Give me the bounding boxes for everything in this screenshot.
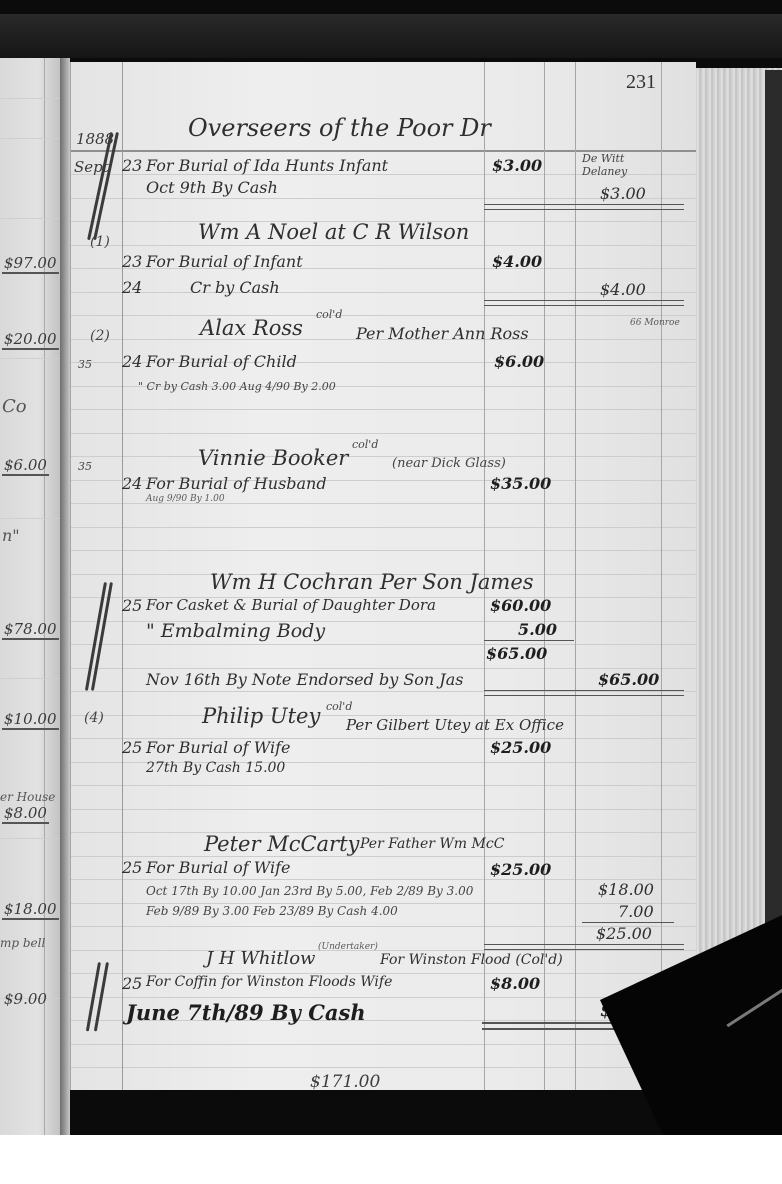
left-page-line: [0, 358, 64, 359]
entry-name: Peter McCarty: [204, 832, 359, 856]
entry-payment: June 7th/89 By Cash: [126, 1000, 366, 1025]
entry-agent: For Winston Flood (Col'd): [380, 952, 563, 968]
left-amount: $97.00: [2, 254, 59, 274]
ruled-line: [70, 1067, 696, 1068]
book-gutter: [60, 58, 70, 1135]
left-note: Co: [2, 396, 27, 417]
ruled-line: [70, 433, 696, 434]
entry-description: For Burial of Ida Hunts Infant: [146, 156, 388, 175]
entry-credit: $3.00: [600, 184, 646, 203]
entry-agent: (near Dick Glass): [392, 456, 506, 471]
left-page-line: [0, 678, 64, 679]
entry-margin: (4): [84, 710, 104, 726]
charge-cents-rule: [544, 62, 545, 1090]
page-heading: Overseers of the Poor Dr: [188, 114, 491, 142]
entry-credit-note: De Witt Delaney: [582, 152, 672, 178]
credit-column-rule: [575, 62, 576, 1090]
entry-charge: $6.00: [494, 352, 544, 371]
ruled-line: [70, 456, 696, 457]
entry-day: 24: [122, 278, 142, 297]
date-column-rule: [70, 62, 71, 1090]
entry-name: Wm A Noel at C R Wilson: [198, 220, 469, 244]
left-page: $97.00 $20.00 Co $6.00 n" $78.00 $10.00 …: [0, 58, 64, 1135]
day-column-rule: [122, 62, 123, 1090]
left-amount: $18.00: [2, 900, 59, 920]
ruled-line: [70, 950, 696, 951]
entry-payment: Nov 16th By Note Endorsed by Son Jas: [146, 670, 463, 689]
credit-cents-rule: [661, 62, 662, 1090]
entry-day: 24: [122, 352, 142, 371]
entry-payment: Feb 9/89 By 3.00 Feb 23/89 By Cash 4.00: [146, 904, 398, 918]
ruled-line: [70, 809, 696, 810]
entry-total-rule: [484, 944, 684, 950]
entry-agent: Per Gilbert Utey at Ex Office: [346, 716, 564, 734]
entry-charge: $60.00: [490, 596, 551, 615]
ruled-line: [70, 785, 696, 786]
ruled-line: [70, 550, 696, 551]
entry-name: Alax Ross: [200, 316, 303, 340]
entry-description: For Burial of Husband: [146, 474, 327, 493]
entry-payment: Oct 17th By 10.00 Jan 23rd By 5.00, Feb …: [146, 884, 473, 898]
entry-credit: $18.00: [598, 880, 654, 899]
entry-name-note: col'd: [316, 308, 342, 321]
entry-description: For Coffin for Winston Floods Wife: [146, 974, 392, 990]
ruled-line: [70, 856, 696, 857]
entry-margin-amount: 35: [78, 358, 92, 371]
entry-charge: $8.00: [490, 974, 540, 993]
entry-total-rule: [484, 300, 684, 306]
ruled-line: [70, 527, 696, 528]
entry-description: For Burial of Infant: [146, 252, 303, 271]
entry-name-note: (Undertaker): [318, 942, 378, 952]
left-page-line: [0, 98, 64, 99]
entry-payment: 27th By Cash 15.00: [146, 760, 285, 776]
ruled-line: [70, 644, 696, 645]
entry-payment: Aug 9/90 By 1.00: [146, 494, 225, 504]
entry-total-rule: [484, 204, 684, 210]
subtotal-rule: [484, 640, 574, 641]
entry-description: For Burial of Child: [146, 352, 297, 371]
entry-name: Philip Utey: [202, 704, 320, 728]
left-amount: $78.00: [2, 620, 59, 640]
ledger-page: 231 Overseers of the Poor Dr 1888 Sept 2…: [70, 62, 696, 1090]
entry-charge: $25.00: [490, 860, 551, 879]
entry-agent-note: 66 Monroe: [630, 318, 680, 328]
entry-bracket-mark: [87, 132, 113, 240]
ruled-line: [70, 668, 696, 669]
ruled-line: [70, 832, 696, 833]
entry-charge: $3.00: [492, 156, 542, 175]
left-amount: $10.00: [2, 710, 59, 730]
left-note: er House: [0, 790, 55, 804]
left-page-line: [0, 838, 64, 839]
ruled-line: [70, 1044, 696, 1045]
entry-charge: $4.00: [492, 252, 542, 271]
entry-day: 25: [122, 738, 142, 757]
left-page-column-rule: [44, 58, 45, 1135]
entry-day: 25: [122, 596, 142, 615]
entry-charge: $25.00: [490, 738, 551, 757]
entry-total-rule: [484, 690, 684, 696]
entry-description: For Burial of Wife: [146, 858, 290, 877]
entry-day: 24: [122, 474, 142, 493]
entry-description: " Embalming Body: [146, 620, 325, 642]
left-page-line: [0, 138, 64, 139]
entry-payment: Oct 9th By Cash: [146, 178, 278, 197]
entry-credit-total: $25.00: [596, 924, 652, 943]
ruled-line: [70, 245, 696, 246]
entry-name: Wm H Cochran Per Son James: [210, 570, 534, 594]
entry-name-note: col'd: [326, 700, 352, 713]
page-number: 231: [626, 71, 656, 94]
entry-day: 25: [122, 858, 142, 877]
entry-day: 23: [122, 252, 142, 271]
entry-credit: $4.00: [600, 280, 646, 299]
entry-description: For Casket & Burial of Daughter Dora: [146, 596, 436, 614]
entry-charge: $35.00: [490, 474, 551, 493]
entry-name: Vinnie Booker: [198, 446, 348, 470]
entry-agent: Per Father Wm McC: [360, 836, 504, 852]
left-page-line: [0, 218, 64, 219]
left-amount: $8.00: [2, 804, 49, 824]
entry-credit: 7.00: [618, 902, 654, 921]
entry-name-note: col'd: [352, 438, 378, 451]
entry-subtotal: $65.00: [486, 644, 547, 663]
entry-margin: (2): [90, 328, 110, 344]
entry-name: J H Whitlow: [206, 948, 315, 969]
entry-margin-amount: 35: [78, 460, 92, 473]
ledger-photograph: $97.00 $20.00 Co $6.00 n" $78.00 $10.00 …: [0, 0, 782, 1135]
left-amount: $6.00: [2, 456, 49, 476]
left-page-line: [0, 518, 64, 519]
book-top-shadow: [0, 14, 782, 58]
credit-subtotal-rule: [582, 922, 674, 923]
ruled-line: [70, 315, 696, 316]
entry-day: 23: [122, 156, 142, 175]
entry-description: For Burial of Wife: [146, 738, 290, 757]
ruled-line: [70, 409, 696, 410]
entry-day: 25: [122, 974, 142, 993]
entry-credit: $65.00: [598, 670, 659, 689]
left-note: n": [2, 526, 20, 545]
left-amount: $20.00: [2, 330, 59, 350]
left-amount: $9.00: [2, 990, 49, 1008]
entry-charge: 5.00: [518, 620, 557, 639]
entry-payment: " Cr by Cash 3.00 Aug 4/90 By 2.00: [138, 380, 336, 393]
entry-payment: Cr by Cash: [190, 278, 280, 297]
left-note: mp bell: [0, 936, 45, 950]
page-total: $171.00: [310, 1072, 380, 1092]
entry-agent: Per Mother Ann Ross: [356, 324, 529, 343]
